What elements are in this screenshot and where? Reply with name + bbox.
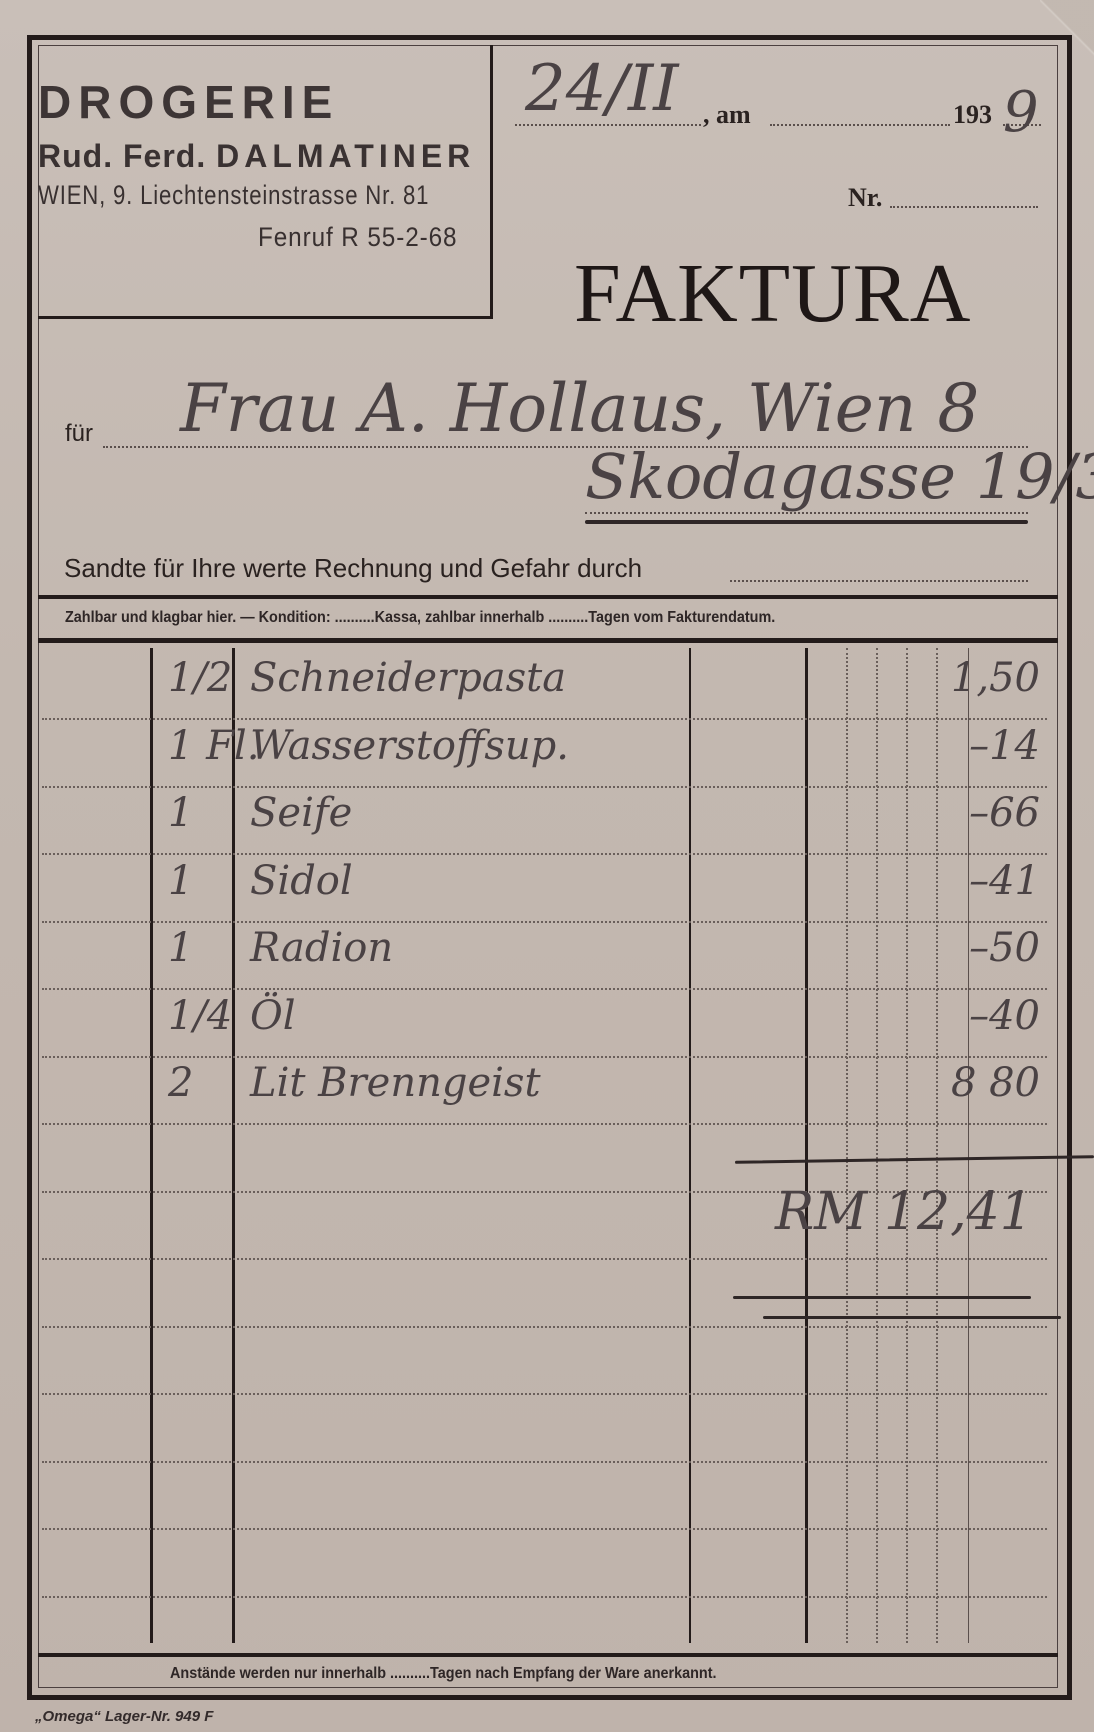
item-price: –41 xyxy=(910,858,1040,904)
recipient-label: für xyxy=(65,420,93,448)
year-handwritten[interactable]: 9 xyxy=(1003,80,1039,145)
date-handwritten[interactable]: 24/II xyxy=(525,52,679,126)
row-rule xyxy=(42,1258,1047,1260)
row-rule xyxy=(42,1123,1047,1125)
invoice-number-label: Nr. xyxy=(848,183,882,213)
date-dotline-2 xyxy=(770,124,950,126)
complaints-blank[interactable]: .......... xyxy=(390,1665,430,1682)
date-label: , am xyxy=(703,100,751,130)
row-rule xyxy=(42,786,1047,788)
recipient-line2[interactable]: Skodagasse 19/3 xyxy=(585,440,1094,513)
total-underline-2 xyxy=(763,1316,1061,1319)
col-divider-qty xyxy=(150,648,153,1643)
sender-surname: DALMATINER xyxy=(216,138,475,174)
total-value: 12,41 xyxy=(884,1182,1033,1242)
item-quantity: 2 xyxy=(168,1060,193,1106)
row-rule xyxy=(42,1461,1047,1463)
row-rule xyxy=(42,718,1047,720)
item-price: –14 xyxy=(910,723,1040,769)
recipient-line1[interactable]: Frau A. Hollaus, Wien 8 xyxy=(180,370,979,447)
item-price: 8 80 xyxy=(910,1060,1040,1106)
item-quantity: 1 xyxy=(168,790,193,836)
row-rule xyxy=(42,1393,1047,1395)
sender-name: Rud. Ferd. DALMATINER xyxy=(38,138,475,175)
item-description: Sidol xyxy=(250,858,353,904)
sender-business-type: DROGERIE xyxy=(38,75,339,129)
complaints-text-2: Tagen nach Empfang der Ware anerkannt. xyxy=(430,1665,716,1682)
complaints-note: Anstände werden nur innerhalb ..........… xyxy=(170,1665,717,1683)
item-description: Radion xyxy=(250,925,393,971)
item-description: Öl xyxy=(250,993,296,1039)
conditions-blank-2[interactable]: .......... xyxy=(548,609,588,626)
sender-name-prefix: Rud. Ferd. xyxy=(38,138,206,174)
total-underline-1 xyxy=(733,1296,1031,1299)
footer-top-rule xyxy=(38,1653,1058,1657)
item-description: Lit Brenngeist xyxy=(250,1060,541,1106)
col-dotted-1 xyxy=(846,648,848,1643)
conditions-text-1: Zahlbar und klagbar hier. — Kondition: xyxy=(65,609,331,626)
conditions-bottom-rule xyxy=(38,638,1058,643)
conditions-text-2: Kassa, zahlbar innerhalb xyxy=(375,609,545,626)
item-quantity: 1/2 xyxy=(168,655,232,701)
invoice-number-field[interactable] xyxy=(890,206,1038,208)
item-quantity: 1 xyxy=(168,858,193,904)
item-description: Schneiderpasta xyxy=(250,655,566,701)
row-rule xyxy=(42,853,1047,855)
item-price: –66 xyxy=(910,790,1040,836)
year-printed: 193 xyxy=(953,100,992,130)
conditions-blank-1[interactable]: .......... xyxy=(335,609,375,626)
col-dotted-3 xyxy=(906,648,908,1643)
conditions-top-rule xyxy=(38,595,1058,599)
item-description: Wasserstoffsup. xyxy=(250,723,569,769)
item-price: –50 xyxy=(910,925,1040,971)
recipient-underline xyxy=(585,520,1028,524)
document-title: FAKTURA xyxy=(574,245,971,342)
col-dotted-2 xyxy=(876,648,878,1643)
row-rule xyxy=(42,1528,1047,1530)
col-divider-desc xyxy=(232,648,235,1643)
total-amount[interactable]: RM 12,41 xyxy=(775,1182,1033,1242)
item-quantity: 1 Fl. xyxy=(168,723,259,769)
item-quantity: 1 xyxy=(168,925,193,971)
item-price: 1,50 xyxy=(910,655,1040,701)
item-quantity: 1/4 xyxy=(168,993,232,1039)
row-rule xyxy=(42,1326,1047,1328)
item-price: –40 xyxy=(910,993,1040,1039)
shipping-field[interactable] xyxy=(730,580,1028,582)
row-rule xyxy=(42,988,1047,990)
sender-phone: Fenruf R 55-2-68 xyxy=(258,222,457,253)
total-currency: RM xyxy=(775,1182,867,1242)
conditions-text-3: Tagen vom Fakturendatum. xyxy=(588,609,775,626)
row-rule xyxy=(42,921,1047,923)
form-number: „Omega“ Lager-Nr. 949 F xyxy=(35,1708,213,1725)
shipping-label: Sandte für Ihre werte Rechnung und Gefah… xyxy=(64,553,642,584)
col-divider-extra xyxy=(689,648,691,1643)
row-rule xyxy=(42,1056,1047,1058)
col-divider-amount xyxy=(805,648,808,1643)
item-description: Seife xyxy=(250,790,352,836)
sender-address: WIEN, 9. Liechtensteinstrasse Nr. 81 xyxy=(38,180,429,211)
payment-conditions: Zahlbar und klagbar hier. — Kondition: .… xyxy=(65,609,775,627)
complaints-text-1: Anstände werden nur innerhalb xyxy=(170,1665,386,1682)
row-rule xyxy=(42,1596,1047,1598)
